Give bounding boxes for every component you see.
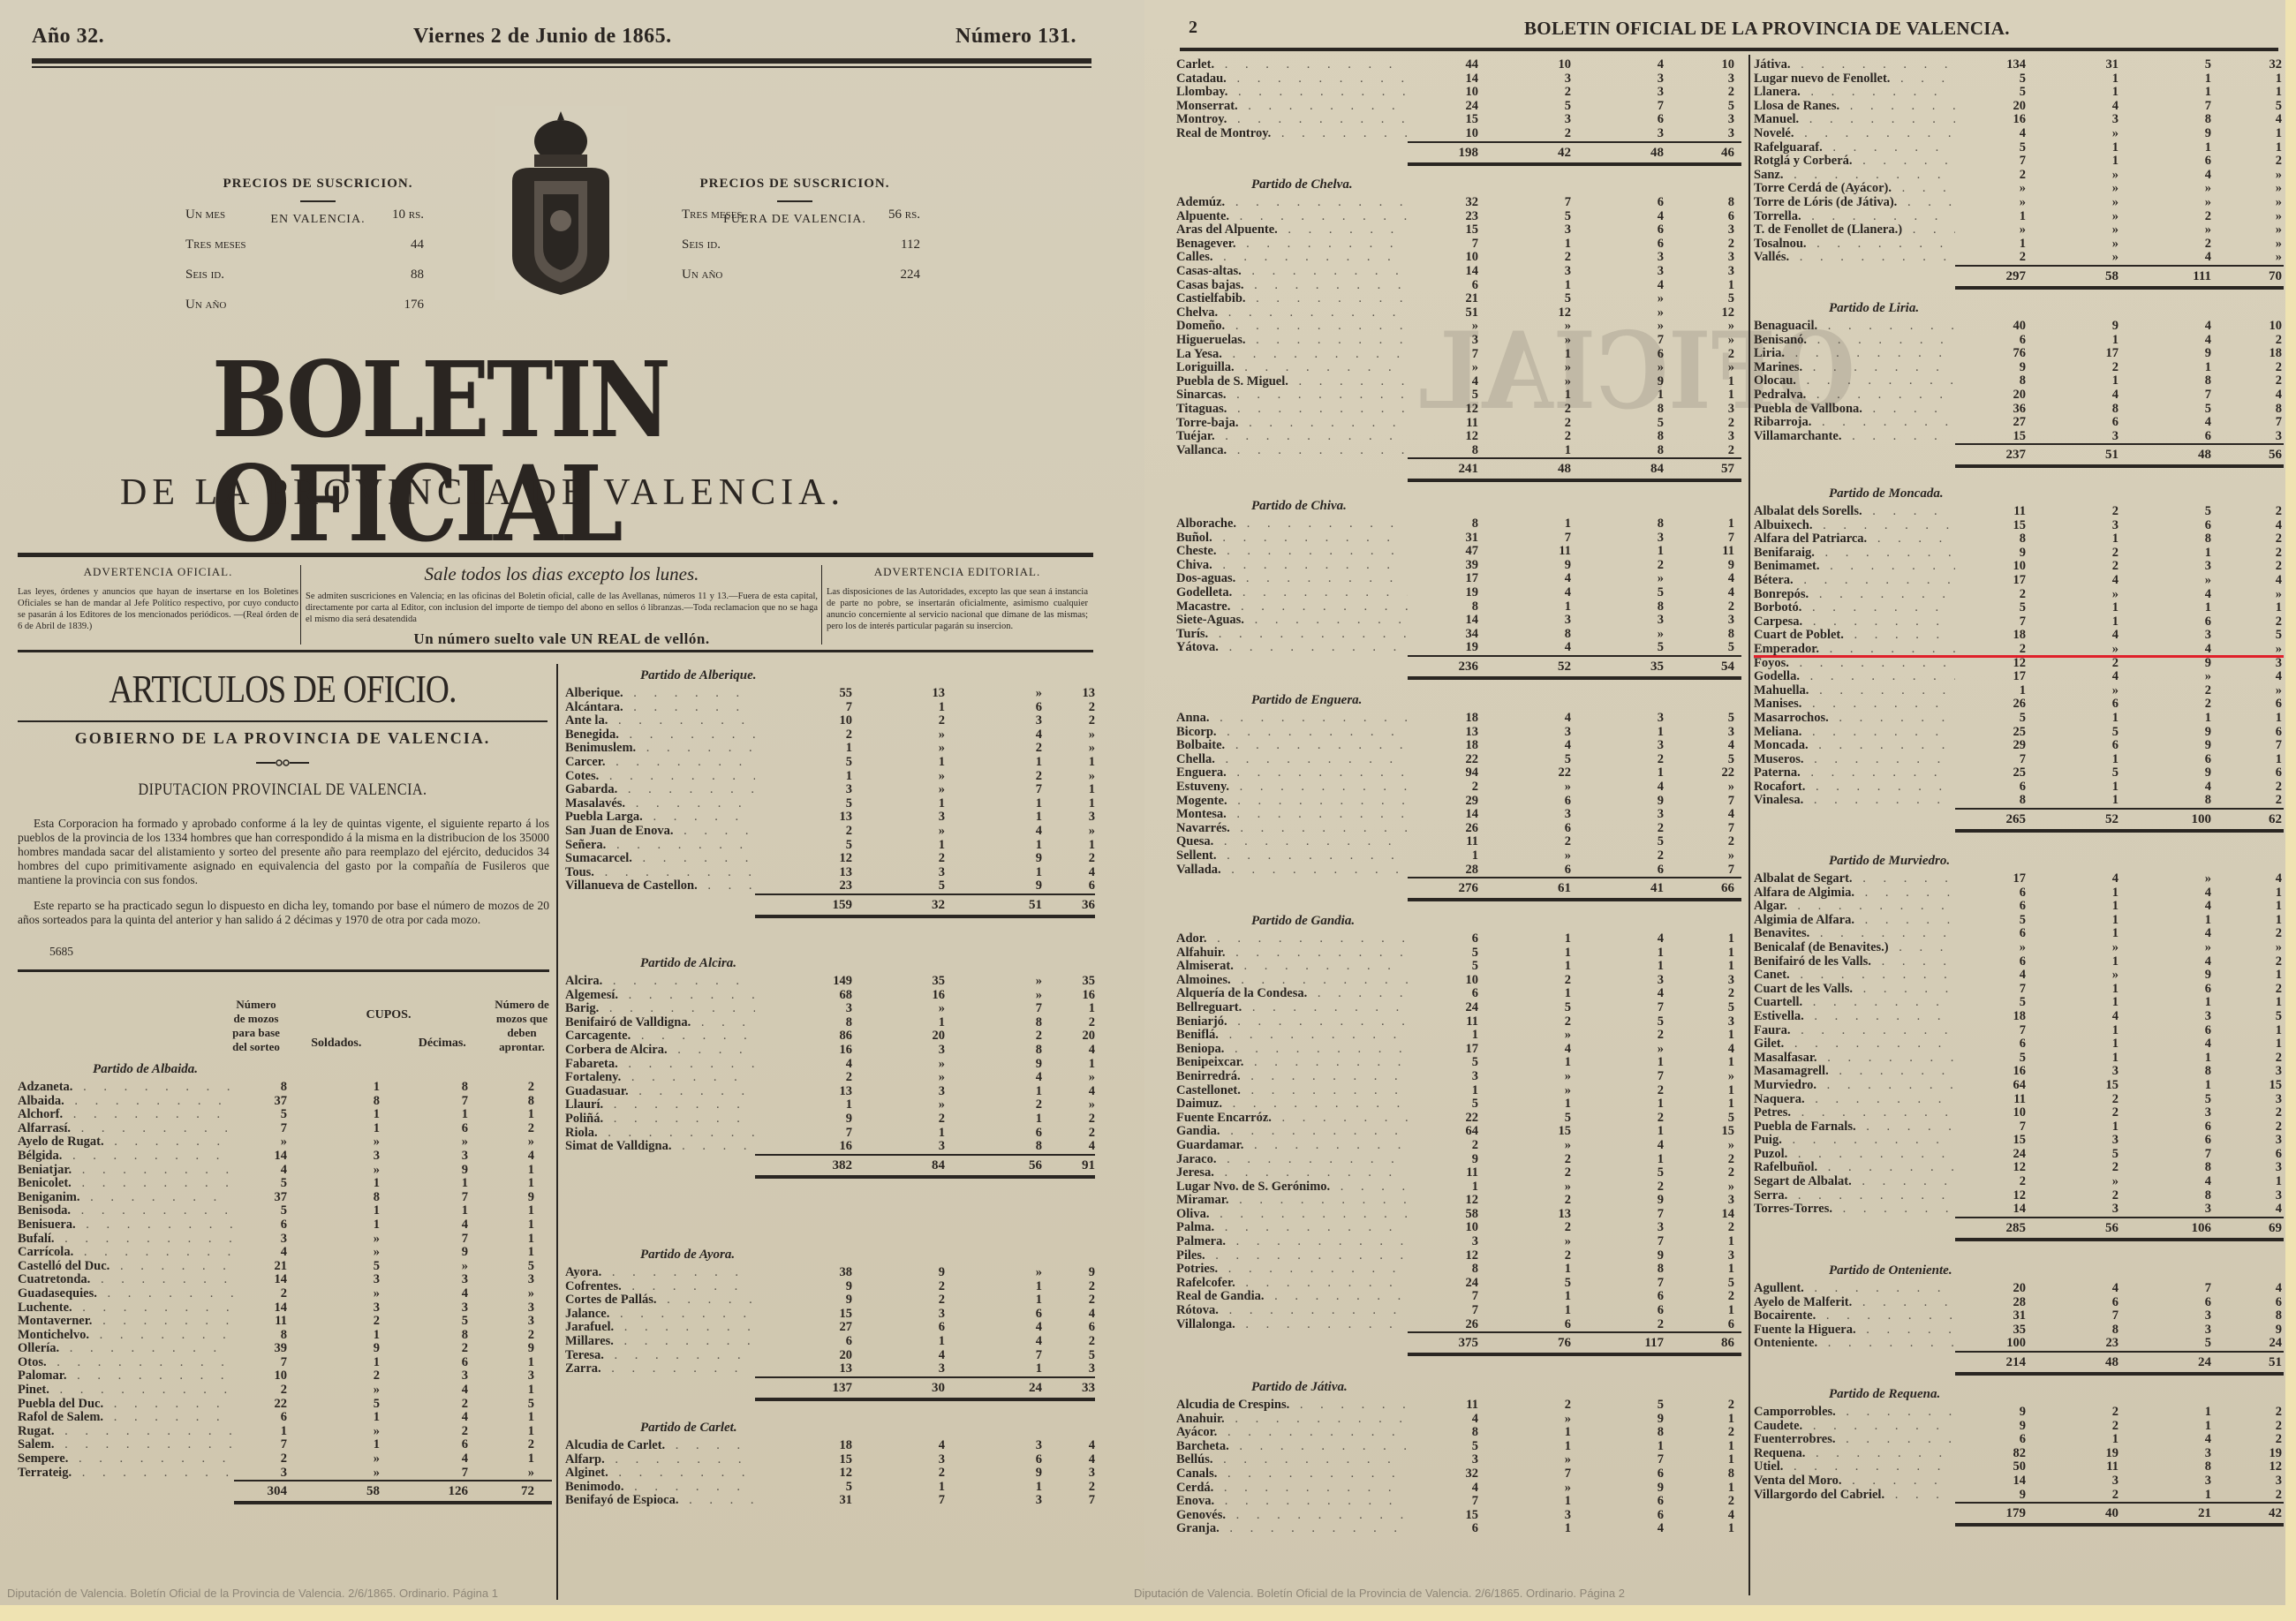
- municipality-name: Cuartell. . . . . . . . . . . . .: [1754, 996, 1955, 1010]
- decimas: 1: [2119, 86, 2211, 100]
- municipality-name: Vinalesa. . . . . . . . . . . . .: [1754, 794, 1955, 808]
- soldados: 8: [2026, 403, 2119, 417]
- mozos-base: 23: [755, 879, 852, 893]
- soldados: »: [1478, 361, 1571, 375]
- mozos-aprontar: »: [2211, 588, 2282, 602]
- dot-leader: . . . . . . . . . . . .: [631, 1029, 755, 1043]
- table-row: Benisanó. . . . . . . . . . . . .6142: [1754, 334, 2284, 348]
- municipality-name: Torres-Torres. . . . . . . . . . . . .: [1754, 1203, 1955, 1217]
- dot-leader: . . . . . . . . . . . .: [622, 1280, 755, 1293]
- table-row: Palmera. . . . . . . . . . . . .3»71: [1176, 1235, 1741, 1249]
- table-row: Jeresa. . . . . . . . . . . . .11252: [1176, 1166, 1741, 1180]
- mozos-base: 1: [1408, 1084, 1478, 1098]
- dot-leader: . . . . . . . . . . . .: [1227, 113, 1408, 126]
- total-value: 62: [2211, 810, 2282, 829]
- table-row: Puebla de Farnals. . . . . . . . . . . .…: [1754, 1120, 2284, 1135]
- table-row: Gilet. . . . . . . . . . . . .6141: [1754, 1037, 2284, 1052]
- dot-leader: . . . . . . . . . . . .: [1790, 58, 1955, 72]
- dot-leader: . . . . . . . . . . . .: [1787, 900, 1955, 913]
- mozos-aprontar: »: [1042, 825, 1095, 839]
- title-rule: [18, 553, 1093, 557]
- municipality-name: Carcer. . . . . . . . . . . . .: [565, 756, 755, 770]
- mozos-base: 20: [1955, 100, 2026, 114]
- mozos-aprontar: 1: [1664, 1413, 1734, 1427]
- dot-leader: . . . . . . . . . . . .: [1244, 279, 1408, 292]
- decimas: 9: [380, 1164, 468, 1178]
- table-row: Benirredrá. . . . . . . . . . . . .3»7»: [1176, 1070, 1741, 1084]
- soldados: 1: [2026, 374, 2119, 388]
- mozos-base: 17: [1955, 574, 2026, 588]
- dot-leader: . . . . . . . . . . . .: [636, 742, 755, 755]
- municipality-name: Lugar nuevo de Fenollet. . . . . . . . .…: [1754, 72, 1955, 87]
- soldados: 17: [2026, 347, 2119, 361]
- mozos-base: 7: [755, 701, 852, 715]
- dot-leader: . . . . . . . . . . . .: [1897, 196, 1955, 209]
- municipality-name: Cerdá. . . . . . . . . . . . .: [1176, 1482, 1408, 1496]
- table-row: Navarrés. . . . . . . . . . . . .26627: [1176, 822, 1741, 836]
- table-row: Pedralva. . . . . . . . . . . . .20474: [1754, 388, 2284, 403]
- total-value: 69: [2211, 1218, 2282, 1238]
- table-row: Paterna. . . . . . . . . . . . .25596: [1754, 766, 2284, 780]
- dot-leader: . . . . . . . . . . . .: [1854, 886, 1955, 900]
- totals-rule: [1955, 1238, 2284, 1241]
- dot-leader: . . . . . . . . . . . .: [1227, 388, 1408, 402]
- mozos-aprontar: 3: [2211, 430, 2282, 444]
- soldados: »: [2026, 182, 2119, 196]
- table-row: Benifaraig. . . . . . . . . . . . .9212: [1754, 547, 2284, 561]
- soldados: »: [2026, 941, 2119, 955]
- soldados: 1: [2026, 794, 2119, 808]
- mozos-aprontar: 2: [2211, 374, 2282, 388]
- prices-left-table: Un mes10 rs. Tres meses44 Seis id.88 Un …: [185, 200, 424, 320]
- decimas: 7: [1571, 334, 1664, 348]
- soldados: 22: [1478, 766, 1571, 780]
- dot-leader: . . . . . . . . . . . .: [606, 756, 756, 769]
- municipality-name: Carpesa. . . . . . . . . . . . .: [1754, 615, 1955, 630]
- decimas: 1: [1571, 1125, 1664, 1139]
- mozos-base: 12: [1955, 1189, 2026, 1203]
- municipality-name: Casas-altas. . . . . . . . . . . . .: [1176, 265, 1408, 279]
- decimas: 5: [1571, 417, 1664, 431]
- soldados: 1: [1478, 444, 1571, 458]
- table-row: Barig. . . . . . . . . . . . .3»71: [565, 1002, 1095, 1016]
- table-row: Rótova. . . . . . . . . . . . .7161: [1176, 1304, 1741, 1318]
- dot-leader: . . . . . . . . . . . .: [1801, 766, 1955, 780]
- table-row: Petres. . . . . . . . . . . . .10232: [1754, 1106, 2284, 1120]
- mozos-aprontar: 2: [468, 1081, 534, 1095]
- dot-leader: . . . . . . . . . . . .: [1809, 588, 1955, 601]
- mozos-aprontar: 2: [2211, 1120, 2282, 1135]
- dot-leader: . . . . . . . . . . . .: [1807, 334, 1955, 347]
- table-row: Ayelo de Rugat. . . . . . . . . . . . .»…: [18, 1135, 552, 1150]
- total-value: 241: [1408, 459, 1478, 479]
- municipality-name: Onteniente. . . . . . . . . . . . .: [1754, 1337, 1955, 1351]
- decimas: 3: [2119, 1203, 2211, 1217]
- table-row: Canals. . . . . . . . . . . . .32768: [1176, 1467, 1741, 1482]
- mozos-base: 10: [1408, 251, 1478, 265]
- total-value: 33: [1042, 1378, 1095, 1398]
- mozos-base: 18: [1955, 629, 2026, 643]
- mozos-base: 149: [755, 975, 852, 989]
- table-row: Mogente. . . . . . . . . . . . .29697: [1176, 795, 1741, 809]
- table-row: Benifairó de Valldigna. . . . . . . . . …: [565, 1016, 1095, 1030]
- mozos-aprontar: 5: [1664, 1112, 1734, 1126]
- header-rule: [32, 58, 1091, 64]
- mozos-aprontar: 2: [1664, 835, 1734, 849]
- decimas: 6: [2119, 1134, 2211, 1148]
- mozos-aprontar: 5: [1664, 753, 1734, 767]
- mozos-aprontar: 1: [1664, 932, 1734, 946]
- decimas: 6: [2119, 1024, 2211, 1038]
- soldados: 2: [1478, 1221, 1571, 1235]
- dot-leader: . . . . . . . . . . . .: [1212, 532, 1408, 545]
- table-row: Palomar. . . . . . . . . . . . .10233: [18, 1369, 552, 1384]
- mozos-base: 14: [1408, 808, 1478, 822]
- decimas: 5: [2119, 1337, 2211, 1351]
- mozos-base: 9: [1955, 1420, 2026, 1434]
- soldados: 9: [2026, 320, 2119, 334]
- dot-leader: . . . . . . . . . . . .: [1817, 1052, 1955, 1065]
- partido-title: Partido de Chelva.: [1176, 173, 1741, 196]
- totals-row: 276614166: [1408, 877, 1741, 898]
- mozos-aprontar: 2: [1664, 1399, 1734, 1413]
- mozos-base: 12: [1955, 1161, 2026, 1175]
- mozos-aprontar: 12: [1664, 306, 1734, 320]
- dot-leader: . . . . . . . . . . . .: [1862, 505, 1955, 518]
- decimas: 3: [2119, 1474, 2211, 1489]
- header-cupos: CUPOS. Soldados. Décimas.: [283, 998, 495, 1054]
- municipality-name: Fortaleny. . . . . . . . . . . . .: [565, 1071, 755, 1085]
- soldados: 2: [2026, 1106, 2119, 1120]
- table-row: Cuart de Poblet. . . . . . . . . . . . .…: [1754, 629, 2284, 643]
- partido-title: Partido de Ayora.: [565, 1243, 1095, 1266]
- municipality-name: Paterna. . . . . . . . . . . . .: [1754, 766, 1955, 780]
- soldados: 8: [287, 1095, 380, 1109]
- dot-leader: . . . . . . . . . . . .: [1852, 1175, 1955, 1188]
- mozos-aprontar: 2: [2211, 1406, 2282, 1420]
- municipality-name: Rugat. . . . . . . . . . . . .: [18, 1425, 234, 1439]
- soldados: 4: [1478, 586, 1571, 600]
- table-partido-chiva: Partido de Chiva.Alborache. . . . . . . …: [1176, 494, 1741, 680]
- soldados: 2: [1478, 1153, 1571, 1167]
- dot-leader: . . . . . . . . . . . .: [604, 1349, 755, 1362]
- dot-leader: . . . . . . . . . . . .: [73, 1246, 234, 1259]
- table-row: Terrateig. . . . . . . . . . . . .3»7»: [18, 1466, 552, 1481]
- mozos-aprontar: 15: [2211, 1079, 2282, 1093]
- dot-leader: . . . . . . . . . . . .: [1241, 1084, 1408, 1097]
- mozos-base: 2: [1408, 780, 1478, 795]
- soldados: 1: [1478, 1056, 1571, 1070]
- mozos-base: 5: [1408, 1097, 1478, 1112]
- mozos-base: 6: [1955, 780, 2026, 795]
- soldados: 3: [287, 1273, 380, 1287]
- dot-leader: . . . . . . . . . . . .: [1213, 835, 1408, 848]
- mozos-base: 6: [1408, 279, 1478, 293]
- municipality-name: San Juan de Enova. . . . . . . . . . . .…: [565, 825, 755, 839]
- municipality-name: Terrateig. . . . . . . . . . . . .: [18, 1466, 234, 1481]
- soldados: 1: [2026, 753, 2119, 767]
- decimas: 6: [1571, 1304, 1664, 1318]
- dot-leader: . . . . . . . . . . . .: [1220, 1125, 1408, 1138]
- municipality-name: Calles. . . . . . . . . . . . .: [1176, 251, 1408, 265]
- total-value: 52: [2026, 810, 2119, 829]
- table-row: Vallada. . . . . . . . . . . . .28667: [1176, 863, 1741, 878]
- decimas: 6: [2119, 430, 2211, 444]
- mozos-aprontar: 1: [468, 1177, 534, 1191]
- mozos-base: 11: [1955, 1093, 2026, 1107]
- table-row: Alchorf. . . . . . . . . . . . .5111: [18, 1108, 552, 1122]
- dot-leader: . . . . . . . . . . . .: [1856, 1323, 1955, 1337]
- mozos-base: 8: [234, 1329, 287, 1343]
- soldados: »: [287, 1384, 380, 1398]
- table-row: Ador. . . . . . . . . . . . .6141: [1176, 932, 1741, 946]
- municipality-name: Piles. . . . . . . . . . . . .: [1176, 1249, 1408, 1263]
- mozos-aprontar: 2: [1664, 237, 1734, 252]
- decimas: 8: [1571, 1426, 1664, 1440]
- table-row: Alpuente. . . . . . . . . . . . .23546: [1176, 210, 1741, 224]
- soldados: 2: [852, 1112, 945, 1127]
- soldados: 2: [2026, 657, 2119, 671]
- mozos-base: 9: [1955, 547, 2026, 561]
- mozos-base: 5: [1408, 960, 1478, 974]
- soldados: 2: [1478, 403, 1571, 417]
- municipality-name: Algemesí. . . . . . . . . . . . .: [565, 989, 755, 1003]
- mozos-base: 11: [1408, 1166, 1478, 1180]
- soldados: 1: [2026, 72, 2119, 87]
- soldados: 5: [1478, 1277, 1571, 1291]
- mozos-aprontar: 1: [2211, 969, 2282, 983]
- municipality-name: Macastre. . . . . . . . . . . . .: [1176, 600, 1408, 614]
- dot-leader: . . . . . . . . . . . .: [698, 879, 755, 893]
- decimas: 8: [945, 1016, 1042, 1030]
- soldados: 2: [2026, 1093, 2119, 1107]
- partido-title: Partido de Murviedro.: [1754, 849, 2284, 872]
- municipality-name: Alberique. . . . . . . . . . . . .: [565, 687, 755, 701]
- decimas: 7: [1571, 1453, 1664, 1467]
- table-row: Canet. . . . . . . . . . . . .4»91: [1754, 969, 2284, 983]
- table-row: Alcudia de Carlet. . . . . . . . . . . .…: [565, 1439, 1095, 1453]
- mozos-base: 5: [1408, 388, 1478, 403]
- soldados: 1: [1478, 1263, 1571, 1277]
- totals-rule: [1408, 479, 1741, 482]
- total-value: 21: [2119, 1504, 2211, 1523]
- table-row: Caudete. . . . . . . . . . . . .9212: [1754, 1420, 2284, 1434]
- single-issue-price: Un número suelto vale UN REAL de vellón.: [306, 630, 818, 648]
- dot-leader: . . . . . . . . . . . .: [59, 1342, 234, 1355]
- dot-leader: . . . . . . . . . . . .: [623, 1481, 755, 1494]
- mozos-aprontar: 4: [2211, 519, 2282, 533]
- table-row: Ayora. . . . . . . . . . . . .389»9: [565, 1266, 1095, 1280]
- mozos-aprontar: 9: [2211, 1323, 2282, 1338]
- dot-leader: . . . . . . . . . . . .: [71, 1122, 234, 1135]
- municipality-name: Borbotó. . . . . . . . . . . . .: [1754, 601, 1955, 615]
- dot-leader: . . . . . . . . . . . .: [1782, 1134, 1955, 1147]
- section-rule: [18, 720, 548, 722]
- decimas: 1: [2119, 361, 2211, 375]
- soldados: 11: [2026, 1460, 2119, 1474]
- decimas: 6: [2119, 1296, 2211, 1310]
- table-row: Benavites. . . . . . . . . . . . .6142: [1754, 927, 2284, 941]
- mozos-base: 6: [234, 1411, 287, 1425]
- soldados: 1: [1478, 348, 1571, 362]
- soldados: 2: [1478, 835, 1571, 849]
- table-partido-jativa: Partido de Játiva.Alcudia de Crespins. .…: [1176, 1376, 1741, 1536]
- total-value: 285: [1955, 1218, 2026, 1238]
- municipality-name: Chelva. . . . . . . . . . . . .: [1176, 306, 1408, 320]
- dot-leader: . . . . . . . . . . . .: [1802, 361, 1955, 374]
- municipality-name: Gabarda. . . . . . . . . . . . .: [565, 783, 755, 797]
- mozos-base: 7: [1408, 348, 1478, 362]
- dot-leader: . . . . . . . . . . . .: [1801, 697, 1955, 711]
- table-row: Alcántara. . . . . . . . . . . . .7162: [565, 701, 1095, 715]
- mozos-aprontar: 2: [1042, 1335, 1095, 1349]
- mozos-base: 44: [1408, 58, 1478, 72]
- mozos-aprontar: »: [1664, 361, 1734, 375]
- mozos-aprontar: 8: [2211, 403, 2282, 417]
- municipality-name: Cuatretonda. . . . . . . . . . . . .: [18, 1273, 234, 1287]
- total-value: 198: [1408, 143, 1478, 162]
- mozos-aprontar: 1: [2211, 900, 2282, 914]
- mozos-aprontar: 3: [1664, 403, 1734, 417]
- dot-leader: . . . . . . . . . . . .: [1789, 251, 1955, 264]
- decimas: »: [2119, 670, 2211, 684]
- mozos-base: 31: [1408, 532, 1478, 546]
- mozos-base: 7: [1955, 615, 2026, 630]
- dot-leader: . . . . . . . . . . . .: [1852, 1296, 1955, 1309]
- partido-title: Partido de Albaida.: [18, 1058, 552, 1081]
- municipality-name: Alfarrasí. . . . . . . . . . . . .: [18, 1122, 234, 1136]
- mozos-aprontar: »: [1664, 849, 1734, 863]
- dot-leader: . . . . . . . . . . . .: [62, 1150, 234, 1163]
- table-row: Oliva. . . . . . . . . . . . .5813714: [1176, 1208, 1741, 1222]
- municipality-name: Genovés. . . . . . . . . . . . .: [1176, 1509, 1408, 1523]
- totals-row: 198424846: [1408, 141, 1741, 162]
- municipality-name: Cofrentes. . . . . . . . . . . . .: [565, 1280, 755, 1294]
- header-aprontar: Número de mozos que deben aprontar.: [495, 998, 549, 1054]
- dot-leader: . . . . . . . . . . . .: [1235, 1318, 1408, 1331]
- decimas: 2: [1571, 822, 1664, 836]
- mozos-aprontar: 1: [1042, 1058, 1095, 1072]
- mozos-base: 10: [1408, 86, 1478, 100]
- mozos-base: 10: [1408, 127, 1478, 141]
- soldados: 1: [1478, 1440, 1571, 1454]
- soldados: 1: [2026, 886, 2119, 901]
- mozos-base: 13: [755, 810, 852, 825]
- totals-row: 3757611786: [1408, 1331, 1741, 1353]
- prices-right-title: PRECIOS DE SUSCRICION.: [680, 177, 910, 192]
- municipality-name: Benisuera. . . . . . . . . . . . .: [18, 1218, 234, 1233]
- table-row: Torre de Lóris (de Játiva). . . . . . . …: [1754, 196, 2284, 210]
- table-row: Rafol de Salem. . . . . . . . . . . . .6…: [18, 1411, 552, 1425]
- municipality-name: Bellreguart. . . . . . . . . . . . .: [1176, 1001, 1408, 1015]
- table-partido-requena: Partido de Requena.Camporrobles. . . . .…: [1754, 1383, 2284, 1527]
- mozos-aprontar: 1: [1664, 1235, 1734, 1249]
- municipality-name: Murviedro. . . . . . . . . . . . .: [1754, 1079, 1955, 1093]
- decimas: 1: [1571, 388, 1664, 403]
- soldados: 1: [287, 1218, 380, 1233]
- soldados: »: [852, 783, 945, 797]
- soldados: 3: [2026, 1134, 2119, 1148]
- soldados: 1: [852, 1335, 945, 1349]
- mozos-base: 4: [755, 1058, 852, 1072]
- soldados: 3: [1478, 614, 1571, 628]
- table-row: Benimamet. . . . . . . . . . . . .10232: [1754, 560, 2284, 574]
- soldados: 2: [2026, 560, 2119, 574]
- mozos-base: 5: [1408, 1056, 1478, 1070]
- mozos-base: 2: [1955, 251, 2026, 265]
- mozos-aprontar: 2: [1664, 1495, 1734, 1509]
- mozos-base: 3: [234, 1233, 287, 1247]
- mozos-base: 8: [1955, 532, 2026, 547]
- mozos-aprontar: 2: [2211, 780, 2282, 795]
- mozos-base: 7: [1408, 1290, 1478, 1304]
- table-row: Higueruelas. . . . . . . . . . . . .3»7»: [1176, 334, 1741, 348]
- table-row: Jaraco. . . . . . . . . . . . .9212: [1176, 1153, 1741, 1167]
- municipality-name: Beniopa. . . . . . . . . . . . .: [1176, 1043, 1408, 1057]
- dot-leader: . . . . . . . . . . . .: [1246, 334, 1408, 347]
- mozos-aprontar: 1: [1042, 839, 1095, 853]
- decimas: 1: [1571, 946, 1664, 961]
- dot-leader: . . . . . . . . . . . .: [598, 1127, 755, 1140]
- dot-leader: . . . . . . . . . . . .: [1236, 237, 1408, 251]
- decimas: 4: [380, 1384, 468, 1398]
- municipality-name: Puebla de Farnals. . . . . . . . . . . .…: [1754, 1120, 1955, 1135]
- dot-leader: . . . . . . . . . . . .: [63, 1108, 234, 1121]
- table-partido-jativa-cont: Játiva. . . . . . . . . . . . .13431532L…: [1754, 58, 2284, 290]
- partido-title: Partido de Alberique.: [565, 664, 1095, 687]
- table-row: Almoines. . . . . . . . . . . . .10233: [1176, 974, 1741, 988]
- mozos-aprontar: 1: [2211, 886, 2282, 901]
- municipality-name: Benifairó de les Valls. . . . . . . . . …: [1754, 955, 1955, 969]
- table-row: Yátova. . . . . . . . . . . . .19455: [1176, 641, 1741, 655]
- decimas: 2: [2119, 237, 2211, 252]
- mozos-base: 1: [1955, 237, 2026, 252]
- mozos-aprontar: 5: [1664, 641, 1734, 655]
- municipality-name: Beniatjar. . . . . . . . . . . . .: [18, 1164, 234, 1178]
- table-row: Segart de Albalat. . . . . . . . . . . .…: [1754, 1175, 2284, 1189]
- mozos-base: 11: [1408, 1399, 1478, 1413]
- municipality-name: Mahuella. . . . . . . . . . . . .: [1754, 684, 1955, 698]
- soldados: 4: [1478, 1043, 1571, 1057]
- mozos-base: 7: [1408, 1495, 1478, 1509]
- dot-leader: . . . . . . . . . . . .: [1892, 182, 1955, 195]
- mozos-aprontar: 1: [1042, 1002, 1095, 1016]
- municipality-name: Ayelo de Rugat. . . . . . . . . . . . .: [18, 1135, 234, 1150]
- municipality-name: Quesa. . . . . . . . . . . . .: [1176, 835, 1408, 849]
- total-value: 51: [945, 895, 1042, 915]
- municipality-name: Torrella. . . . . . . . . . . . .: [1754, 210, 1955, 224]
- decimas: 3: [1571, 974, 1664, 988]
- dot-leader: . . . . . . . . . . . .: [97, 1287, 234, 1301]
- decimas: 4: [2119, 334, 2211, 348]
- soldados: 1: [287, 1411, 380, 1425]
- municipality-name: Adzaneta. . . . . . . . . . . . .: [18, 1081, 234, 1095]
- subscription-info: Se admiten suscriciones en Valencia; en …: [306, 591, 818, 625]
- municipality-name: Alborache. . . . . . . . . . . . .: [1176, 517, 1408, 532]
- table-row: Lugar nuevo de Fenollet. . . . . . . . .…: [1754, 72, 2284, 87]
- decimas: 8: [945, 1044, 1042, 1058]
- decimas: 1: [1571, 1440, 1664, 1454]
- notice-editorial-text: Las disposiciones de las Autoridades, ex…: [827, 586, 1088, 632]
- table-row: Vallés. . . . . . . . . . . . .2»4»: [1754, 251, 2284, 265]
- dot-leader: . . . . . . . . . . . .: [1238, 417, 1408, 430]
- price-row: Un año176: [185, 290, 424, 320]
- mozos-base: 3: [1408, 1070, 1478, 1084]
- soldados: 6: [2026, 739, 2119, 753]
- dot-leader: . . . . . . . . . . . .: [1839, 100, 1955, 113]
- dot-leader: . . . . . . . . . . . .: [1215, 430, 1408, 443]
- table-row: Fuenterrobres. . . . . . . . . . . . .61…: [1754, 1433, 2284, 1447]
